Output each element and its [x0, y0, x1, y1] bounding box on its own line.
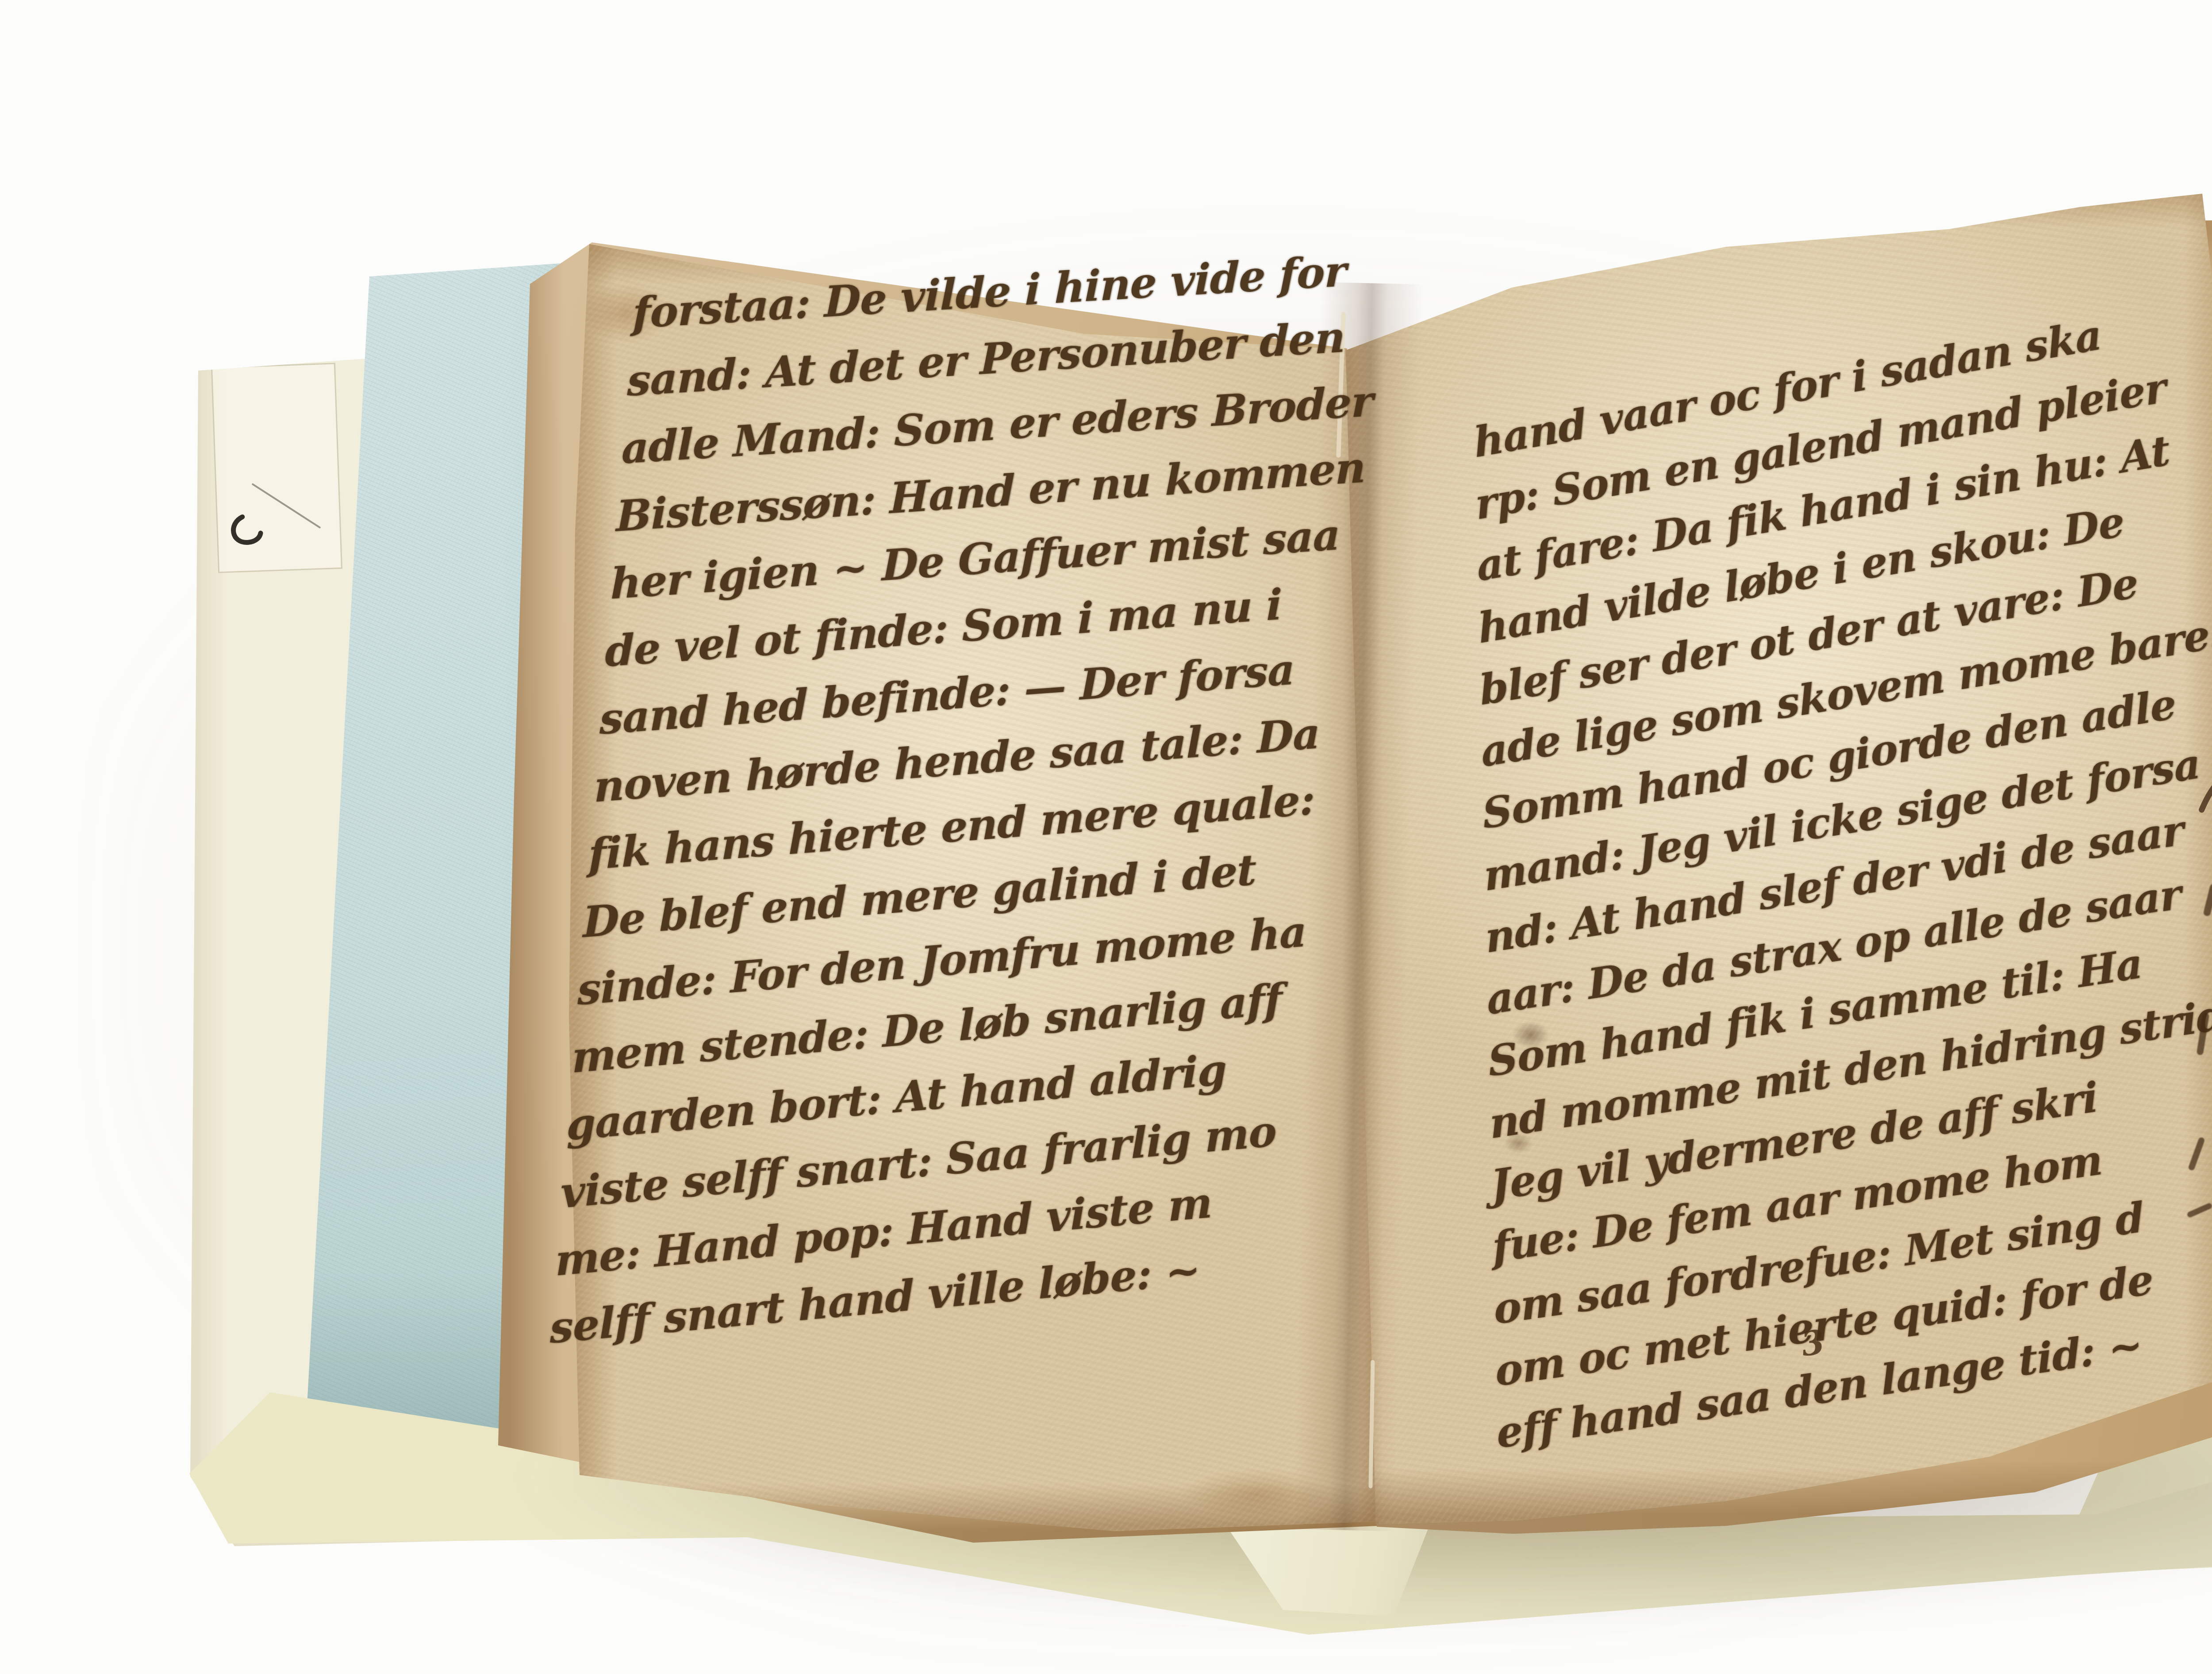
- paper-label: c: [211, 363, 342, 573]
- manuscript-photo: c forstaa: De vilde i hine vide forsand:…: [0, 0, 2212, 1674]
- label-ink-mark: [225, 466, 330, 558]
